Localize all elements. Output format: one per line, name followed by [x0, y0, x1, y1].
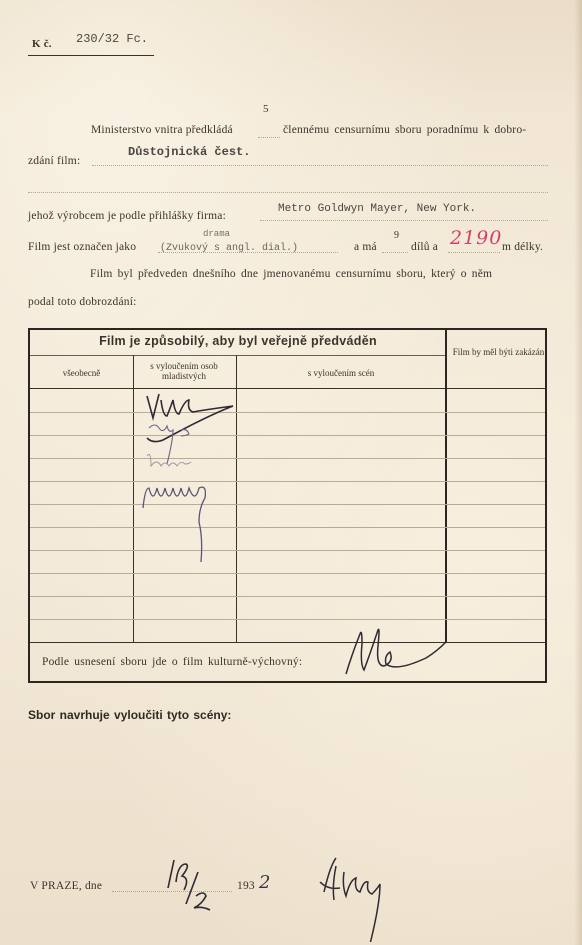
col-header-scenes: s vyloučením scén	[236, 368, 446, 378]
row-line	[30, 412, 545, 413]
row-line	[30, 504, 545, 505]
parts-line	[382, 252, 408, 253]
film-title-line-2	[28, 192, 548, 193]
row-line	[30, 527, 545, 528]
ref-label: K č.	[32, 38, 52, 50]
paper-edge	[574, 0, 582, 945]
scenes-label: Sbor navrhuje vyloučiti tyto scény:	[28, 708, 231, 722]
genre-line	[158, 252, 338, 253]
ref-underline	[28, 55, 154, 56]
row-line	[30, 481, 545, 482]
length-label: m délky.	[502, 241, 543, 253]
col-header-minors: s vyloučením osob mladistvých	[138, 361, 230, 381]
place-label: V PRAZE, dne	[30, 880, 102, 892]
footer-signature-icon	[314, 852, 394, 942]
genre-label: Film jest označen jako	[28, 241, 136, 253]
opinion-table: Film je způsobilý, aby byl veřejně předv…	[28, 328, 547, 683]
header-bottom	[30, 388, 545, 389]
film-title-line	[92, 165, 548, 166]
date-handwriting	[160, 852, 224, 912]
year-suffix: 2	[259, 872, 270, 893]
members-count: 5	[263, 103, 269, 115]
film-title: Důstojnická čest.	[128, 145, 250, 159]
row-line	[30, 573, 545, 574]
col-header-general: všeobecně	[30, 368, 133, 378]
film-label: zdání film:	[28, 155, 80, 167]
cultural-label: Podle usnesení sboru jde o film kulturně…	[42, 656, 302, 668]
members-field-line	[258, 137, 280, 138]
intro-prefix: Ministerstvo vnitra předkládá	[91, 124, 233, 136]
col-header-banned: Film by měl býti zakázán	[450, 347, 547, 358]
screened-line-1: Film byl předveden dnešního dne jmenovan…	[90, 268, 492, 280]
intro-suffix: člennému censurnímu sboru poradnímu k do…	[283, 124, 526, 136]
has-label: a má	[354, 241, 377, 253]
row-line	[30, 458, 545, 459]
row-line	[30, 596, 545, 597]
year-prefix: 193	[237, 880, 255, 892]
row-line	[30, 435, 545, 436]
signatures-icon	[133, 388, 253, 578]
screened-line-2: podal toto dobrozdání:	[28, 296, 137, 308]
table-header-main: Film je způsobilý, aby byl veřejně předv…	[30, 334, 446, 348]
length-value: 2190	[450, 227, 502, 249]
producer-value: Metro Goldwyn Mayer, New York.	[278, 203, 476, 215]
ref-number: 230/32 Fc.	[76, 32, 148, 46]
genre-value-1: drama	[203, 229, 230, 239]
header-divider	[30, 355, 446, 356]
cultural-value-handwriting	[340, 618, 450, 680]
parts-count: 9	[394, 230, 399, 241]
parts-label: dílů a	[411, 241, 438, 253]
row-line	[30, 550, 545, 551]
table-body-bottom	[30, 642, 545, 643]
producer-label: jehož výrobcem je podle přihlášky firma:	[28, 210, 226, 222]
producer-line	[260, 220, 548, 221]
length-line	[448, 252, 500, 253]
row-line	[30, 619, 545, 620]
